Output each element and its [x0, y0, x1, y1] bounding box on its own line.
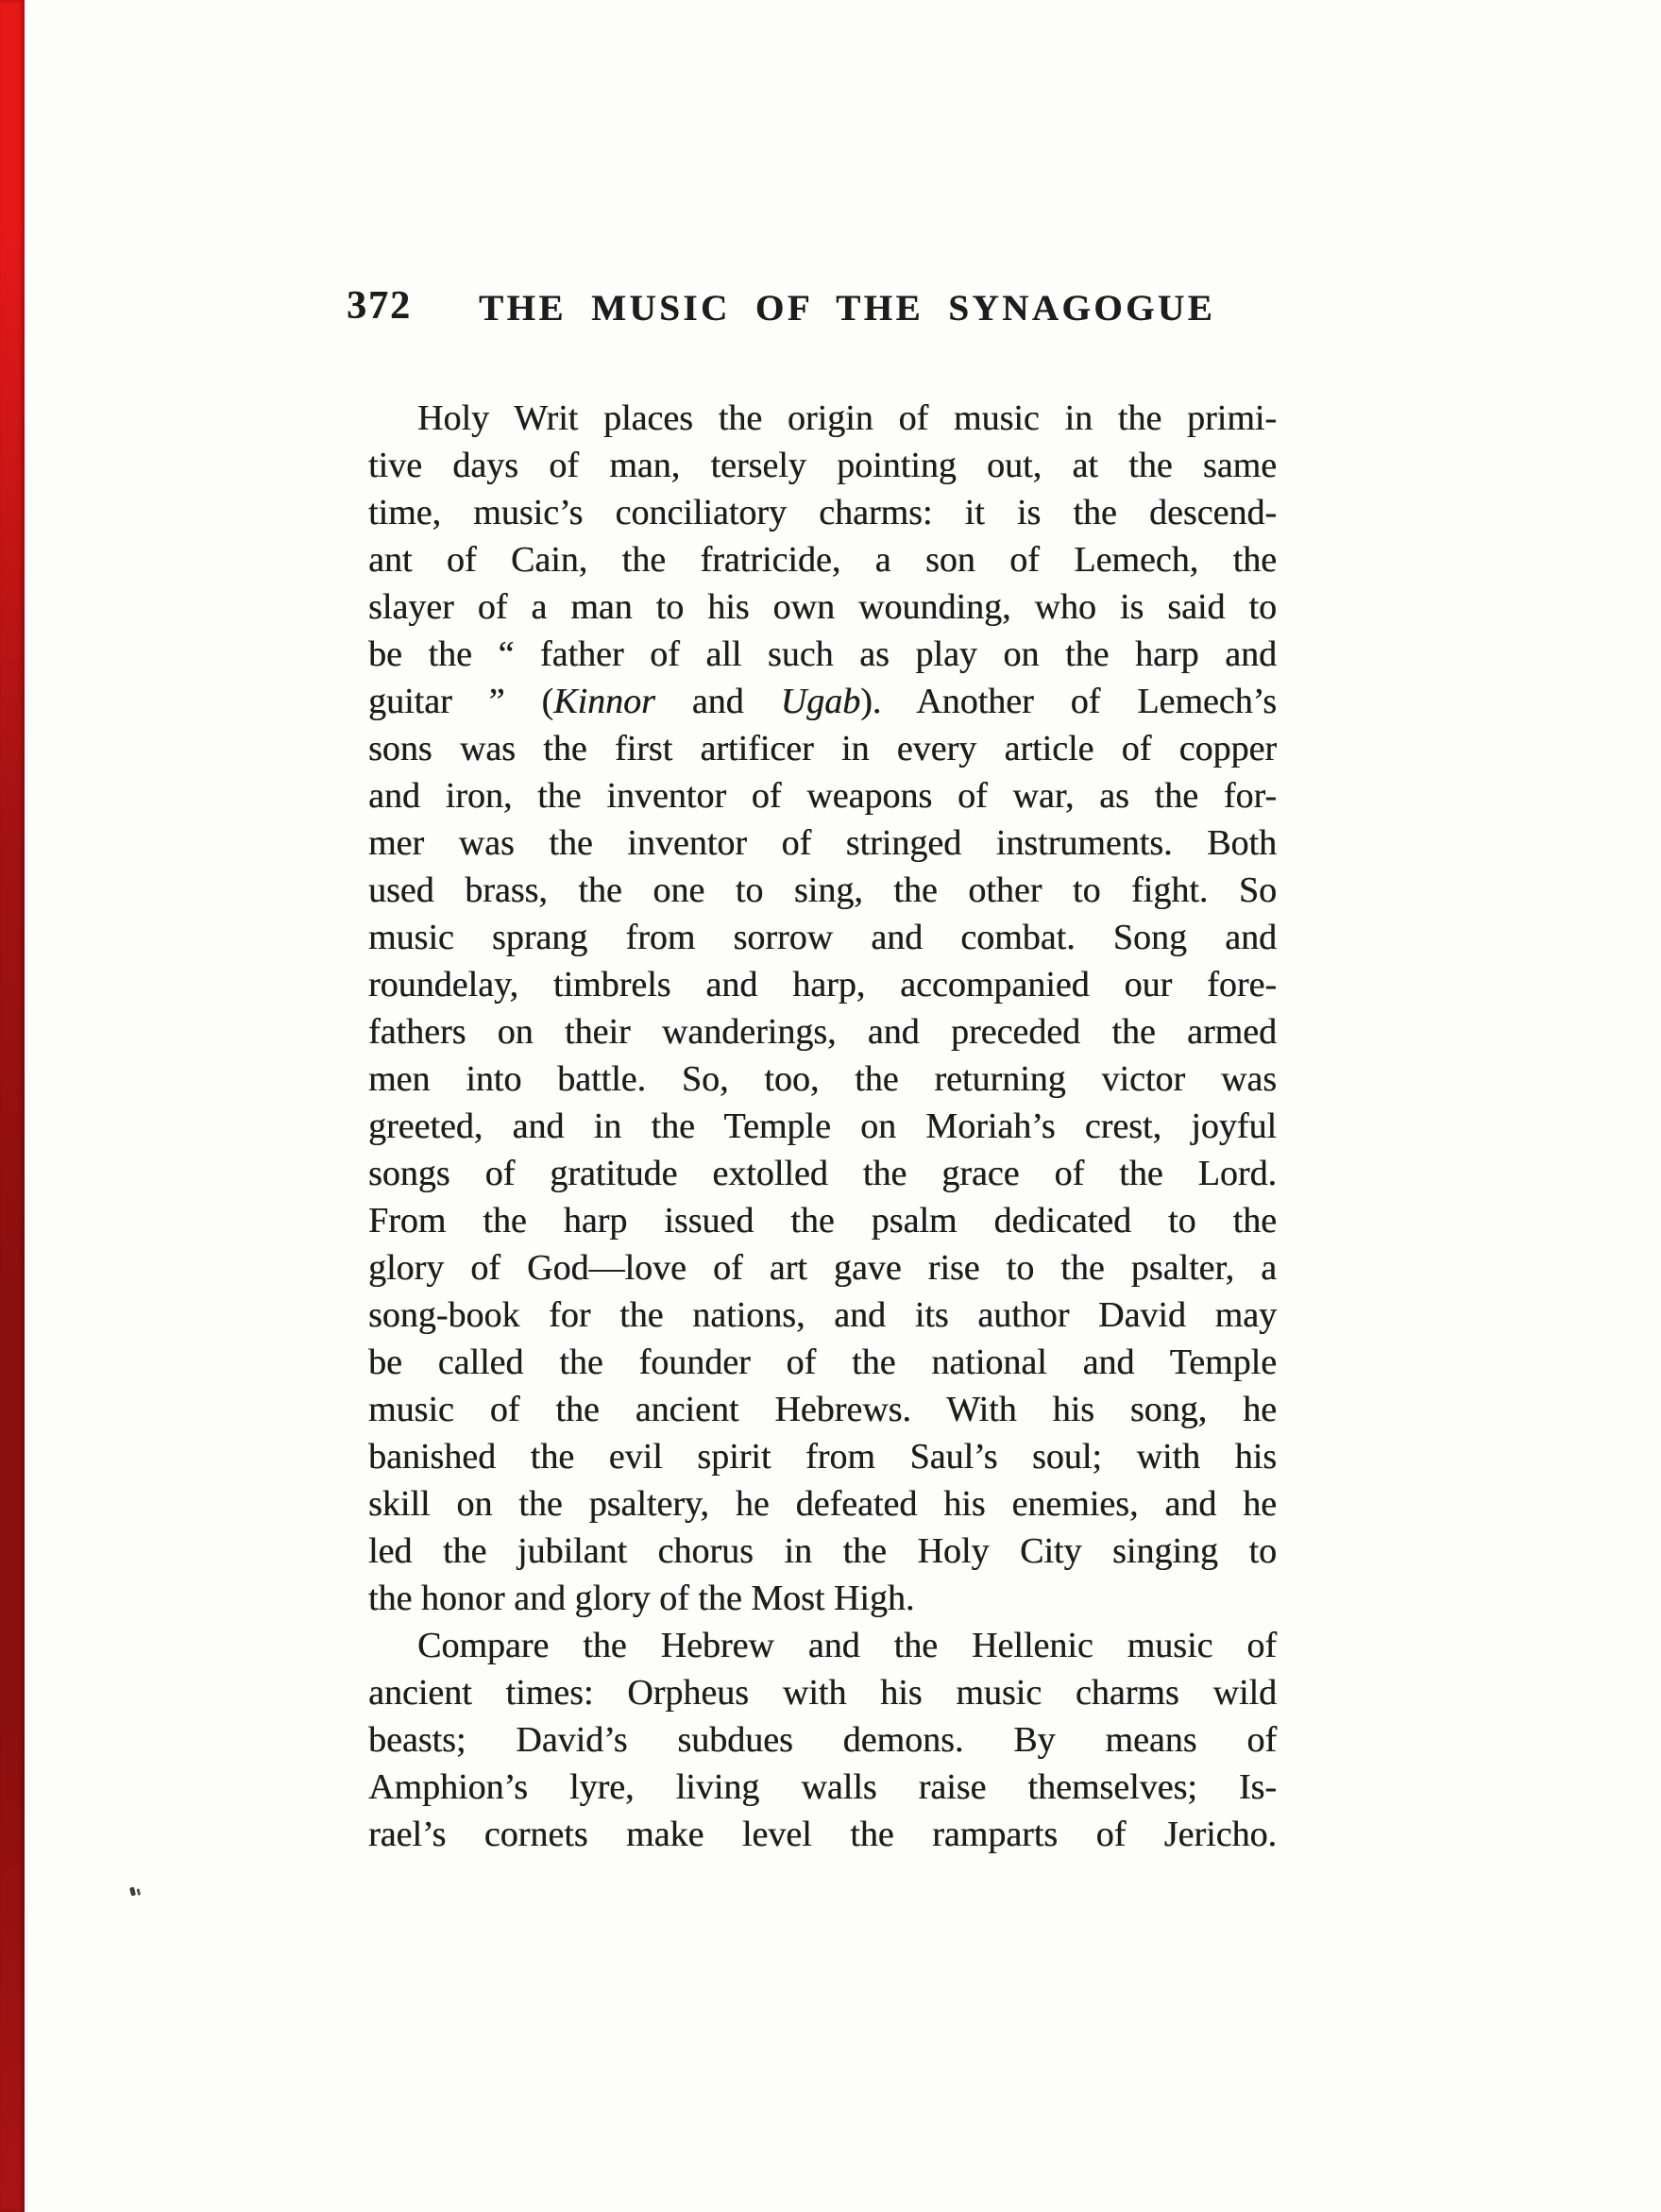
- text-line: music of the ancient Hebrews. With his s…: [368, 1386, 1277, 1433]
- text-line: Holy Writ places the origin of music in …: [368, 395, 1277, 442]
- text-line: ant of Cain, the fratricide, a son of Le…: [368, 536, 1277, 583]
- ink-speck: [129, 1887, 136, 1897]
- text-line: Compare the Hebrew and the Hellenic musi…: [368, 1622, 1277, 1669]
- text-line: roundelay, timbrels and harp, accompanie…: [368, 961, 1277, 1008]
- italic-term: Ugab: [781, 682, 860, 721]
- text-line: Amphion’s lyre, living walls raise thems…: [368, 1764, 1277, 1811]
- text-line: men into battle. So, too, the returning …: [368, 1055, 1277, 1103]
- text-line: music sprang from sorrow and combat. Son…: [368, 914, 1277, 961]
- text-line: led the jubilant chorus in the Holy City…: [368, 1528, 1277, 1575]
- text-line: be the “ father of all such as play on t…: [368, 631, 1277, 678]
- text-line: rael’s cornets make level the ramparts o…: [368, 1811, 1277, 1858]
- text-line: time, music’s conciliatory charms: it is…: [368, 489, 1277, 536]
- text-line: song-book for the nations, and its autho…: [368, 1292, 1277, 1339]
- text-line: mer was the inventor of stringed instrum…: [368, 819, 1277, 867]
- text-line: tive days of man, tersely pointing out, …: [368, 442, 1277, 489]
- scanned-book-page: 372 THE MUSIC OF THE SYNAGOGUE Holy Writ…: [0, 0, 1661, 2212]
- text-run: guitar ” (: [368, 682, 553, 721]
- text-line: sons was the first artificer in every ar…: [368, 725, 1277, 772]
- text-line: From the harp issued the psalm dedicated…: [368, 1197, 1277, 1244]
- text-line: banished the evil spirit from Saul’s sou…: [368, 1433, 1277, 1480]
- text-line: fathers on their wanderings, and precede…: [368, 1008, 1277, 1055]
- text-line: the honor and glory of the Most High.: [368, 1575, 1277, 1622]
- text-line: glory of God—love of art gave rise to th…: [368, 1244, 1277, 1292]
- text-line: slayer of a man to his own wounding, who…: [368, 583, 1277, 631]
- text-line: be called the founder of the national an…: [368, 1339, 1277, 1386]
- text-line: skill on the psaltery, he defeated his e…: [368, 1480, 1277, 1528]
- text-line: beasts; David’s subdues demons. By means…: [368, 1716, 1277, 1764]
- text-line: greeted, and in the Temple on Moriah’s c…: [368, 1103, 1277, 1150]
- text-run: and: [655, 682, 781, 721]
- running-title: THE MUSIC OF THE SYNAGOGUE: [479, 287, 1215, 329]
- body-text: Holy Writ places the origin of music in …: [368, 395, 1277, 1858]
- page-number: 372: [347, 283, 412, 329]
- italic-term: Kinnor: [553, 682, 655, 721]
- book-edge-strip: [0, 0, 25, 2212]
- text-run: ). Another of Lemech’s: [860, 682, 1277, 721]
- text-line: and iron, the inventor of weapons of war…: [368, 772, 1277, 819]
- paragraph-2: Compare the Hebrew and the Hellenic musi…: [368, 1622, 1277, 1858]
- text-line: used brass, the one to sing, the other t…: [368, 867, 1277, 914]
- text-line: songs of gratitude extolled the grace of…: [368, 1150, 1277, 1197]
- page-header: 372 THE MUSIC OF THE SYNAGOGUE: [347, 281, 1385, 338]
- text-line: guitar ” (Kinnor and Ugab). Another of L…: [368, 678, 1277, 725]
- paragraph-1: Holy Writ places the origin of music in …: [368, 395, 1277, 1622]
- text-line: ancient times: Orpheus with his music ch…: [368, 1669, 1277, 1716]
